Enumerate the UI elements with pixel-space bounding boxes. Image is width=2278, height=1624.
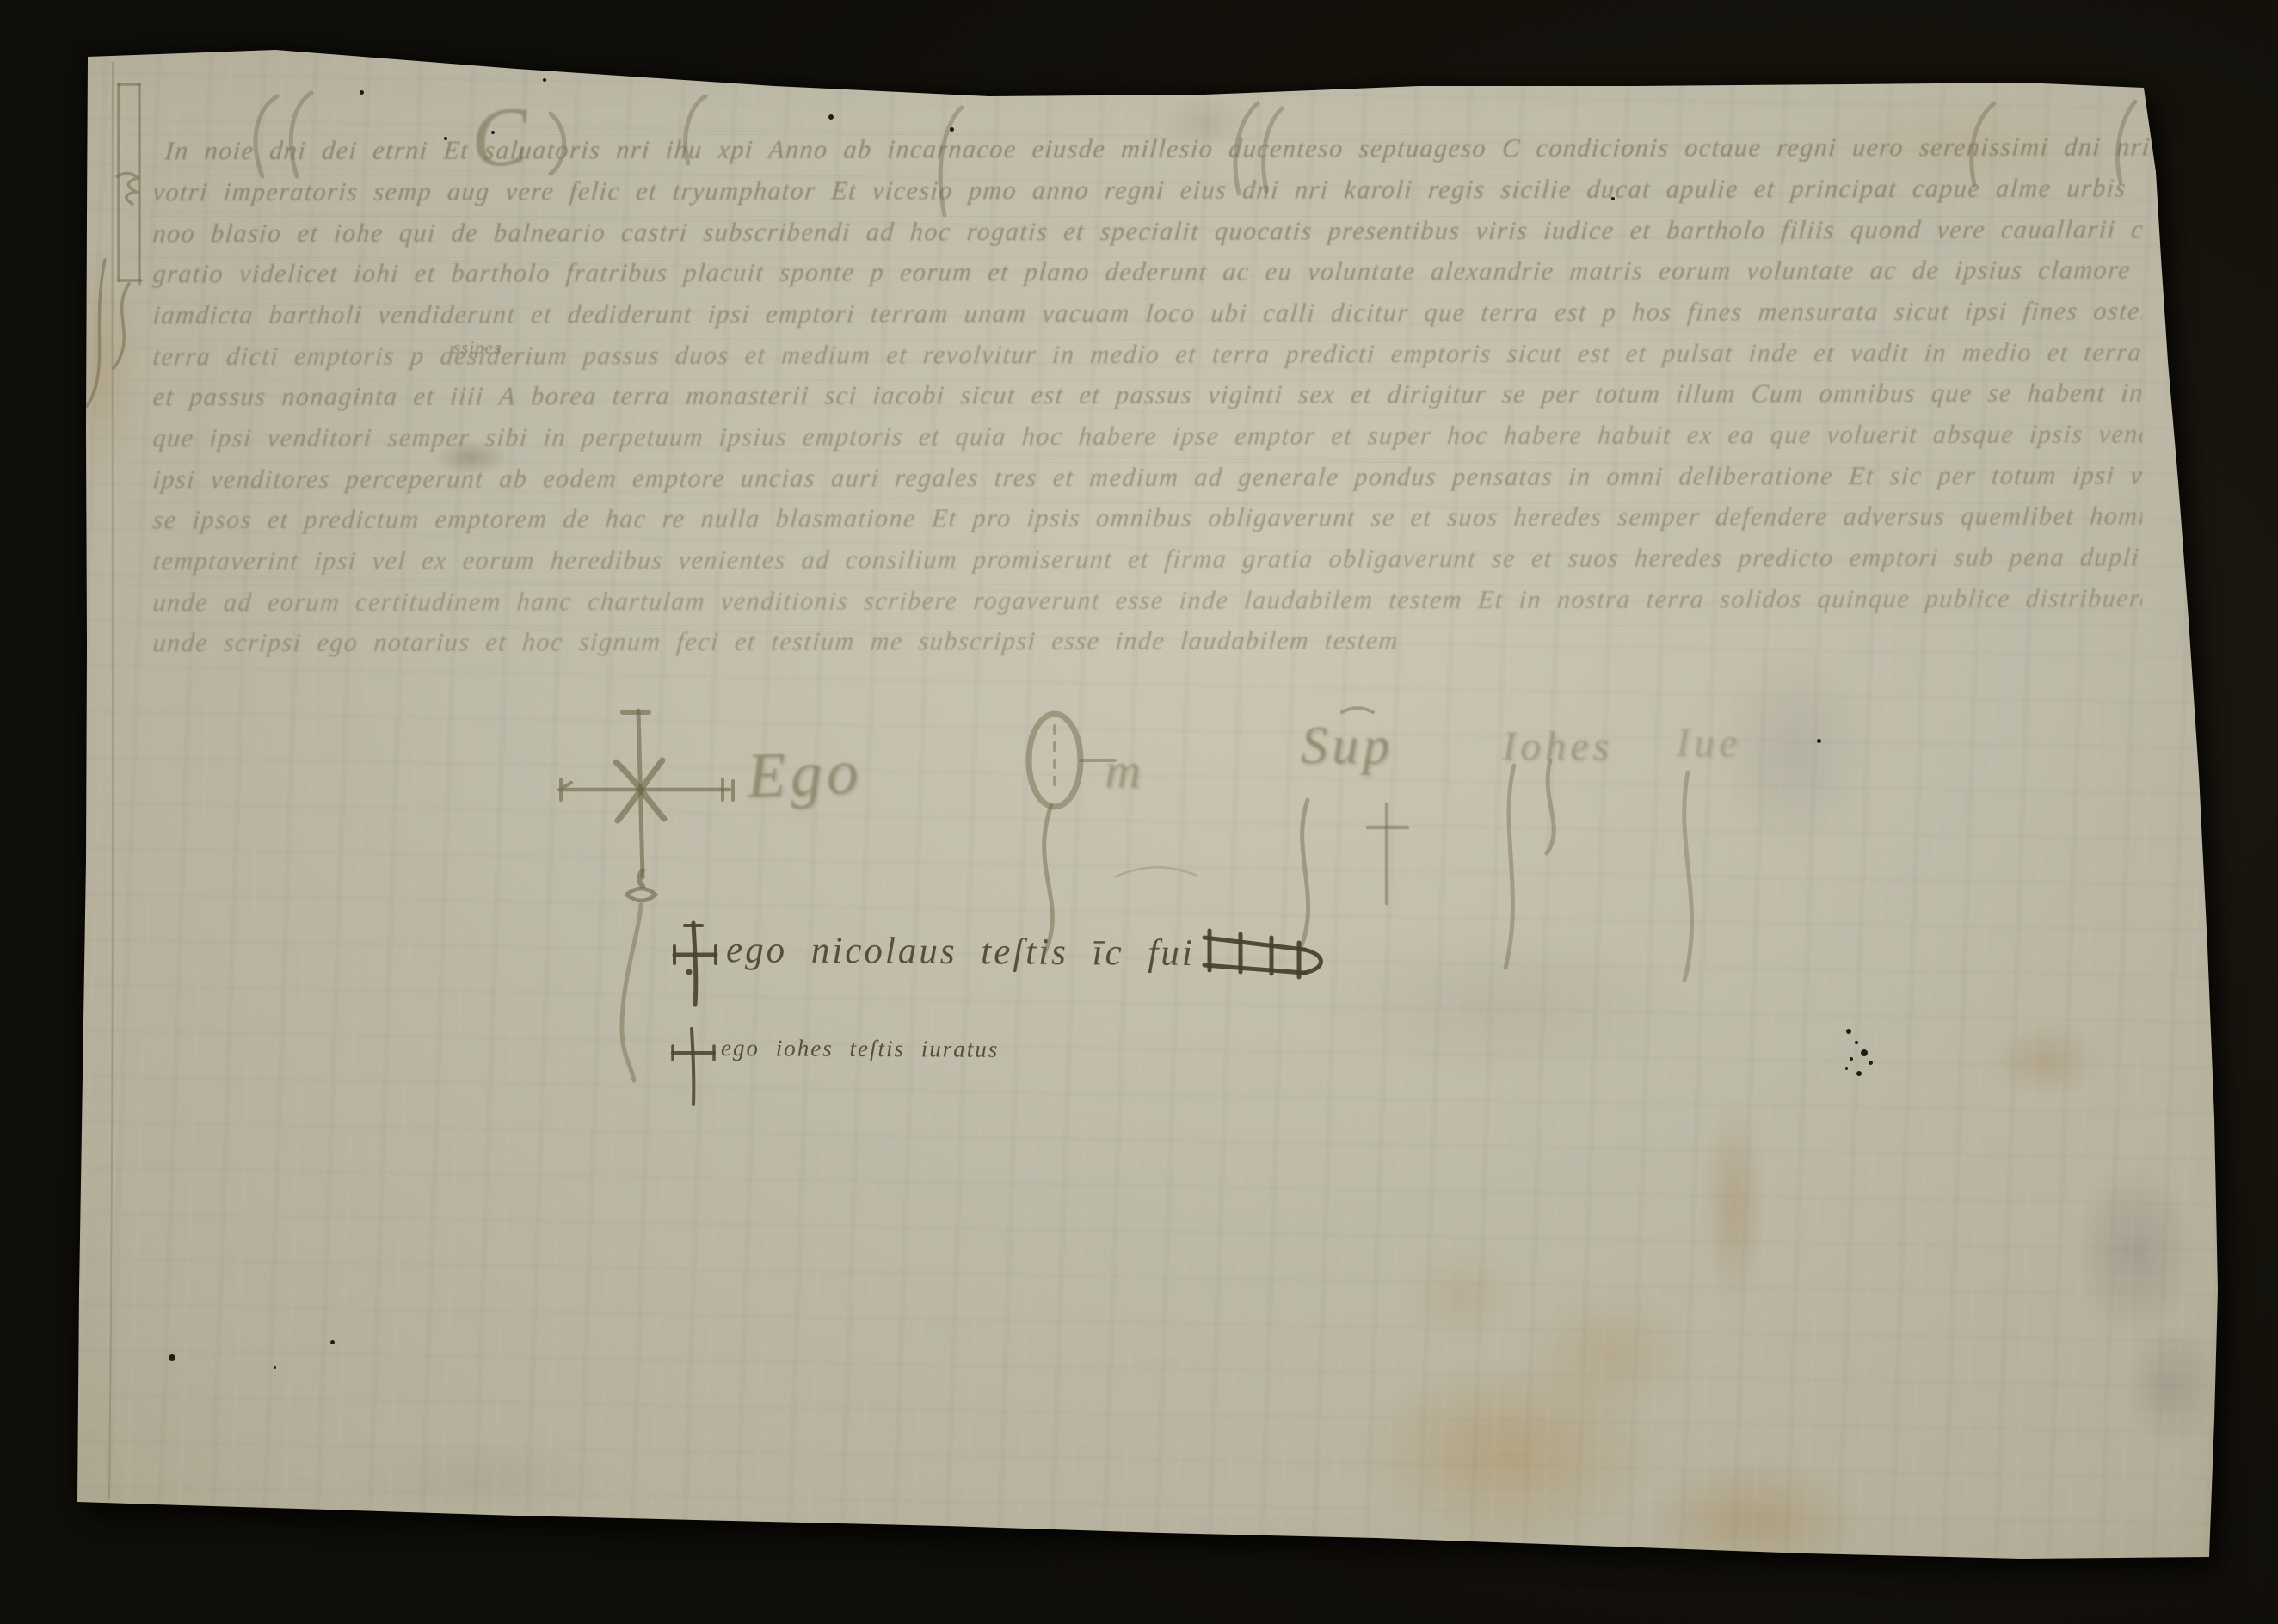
parchment-edge-shading	[0, 0, 2278, 1624]
parchment-shadow: In noie dni dei etrni Et saluatoris nri …	[0, 0, 2278, 1624]
photograph-of-charter: In noie dni dei etrni Et saluatoris nri …	[0, 0, 2278, 1624]
parchment-sheet: In noie dni dei etrni Et saluatoris nri …	[0, 0, 2278, 1624]
